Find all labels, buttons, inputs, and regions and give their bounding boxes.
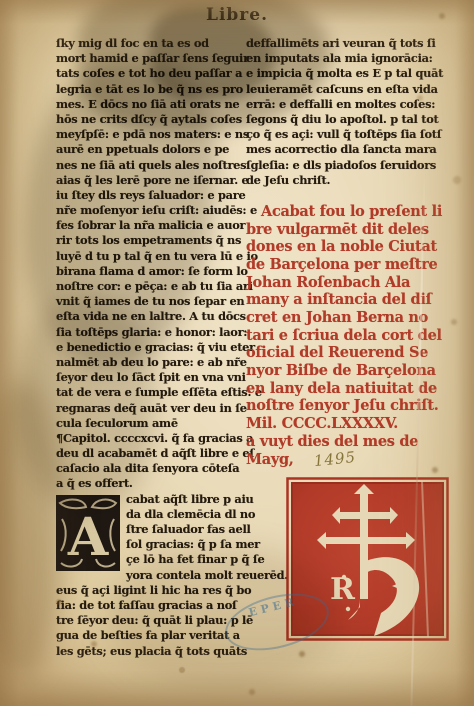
text-line: errā: e deffalli en moltes coſes: [246, 97, 448, 112]
text-line: cret en Johan Berna no [246, 309, 448, 327]
text-line: a q̃ es offert. [56, 476, 242, 491]
text-line: aias q̃ les lerē pore ne iſernar. e [56, 173, 242, 188]
initial-letter: A [67, 507, 109, 568]
red-colophon: Acabat fou lo preſent libre vulgarmēt di… [246, 203, 448, 468]
right-column-black-paragraph: deffallimēts ari veuran q̃ tots ſien imp… [246, 36, 448, 188]
text-line: ſegons q̃ diu lo apoſtol. p tal tot [246, 112, 448, 127]
text-line: aurē en ppetuals dolors e pe [56, 142, 242, 157]
text-line: iu ſtey dls reys ſaluador: e pare [56, 188, 242, 203]
page-title: Libre. [0, 5, 474, 25]
text-line: Mil. CCCC.LXXXXV. [246, 415, 448, 433]
text-line: nr̃e moſenyor ieſu criſt: aiudēs: e [56, 203, 242, 218]
text-line: en imputats ala mia ignorācia: [246, 51, 448, 66]
text-line: mes. E dōcs no ſiā ati orats ne [56, 97, 242, 112]
text-line: luyē d tu p tal q̃ en tu vera lū e io [56, 249, 242, 264]
text-line: tats coſes e tot ho deu paſſar a [56, 66, 242, 81]
text-line: birana flama d amor: ſe form lo [56, 264, 242, 279]
text-line: Johan Roſenbach Ala [246, 274, 448, 292]
text-line: e benedictio e gracias: q̃ viu eter [56, 340, 242, 355]
text-line: regnaras deq̃ auāt ver deu in ſe [56, 401, 242, 416]
text-line: deffallimēts ari veuran q̃ tots ſi [246, 36, 448, 51]
text-line: tat de vera e ſumple eſſēta eſtis: e [56, 385, 242, 400]
text-line: deu dl acabamēt d aq̃ſt libre e eſ [56, 446, 242, 461]
text-line: les gēts; eus placia q̃ tots quāts [56, 644, 242, 659]
text-line: ſia: de tot faſſau gracias a noſ [56, 598, 242, 613]
text-line: de Jeſu chriſt. [246, 173, 448, 188]
text-line: mes acorrectio dla ſancta mara [246, 142, 448, 157]
text-line: Acabat fou lo preſent li [246, 203, 448, 221]
text-line: e impicia q̃ molta es E p tal quāt [246, 66, 448, 81]
text-line: cula ſeculorum amē [56, 416, 242, 431]
stamp-text: EPER [247, 595, 299, 620]
woodcut-initial-a: A [56, 495, 120, 571]
colophon-last-line: Mayg, 1495 [246, 451, 448, 469]
text-line: ço q̃ es açi: vull q̃ toſtēps ſia ſotſ [246, 127, 448, 142]
text-line: vnit q̃ iames de tu nos ſepar en [56, 294, 242, 309]
incunable-page: Libre. ſky mig dl foc en ta es odmort ha… [0, 0, 474, 706]
text-line: de Barçelona per meſtre [246, 256, 448, 274]
handwritten-year: 1495 [314, 448, 358, 470]
text-line: tari e ſcriua dela cort del [246, 327, 448, 345]
text-line: ſia toſtēps glaria: e honor: laor: [56, 325, 242, 340]
text-line: eſta vida ne en laltre. A tu dōcs [56, 309, 242, 324]
text-line: many a inſtancia del diſ [246, 291, 448, 309]
left-column-upper-paragraphs: ſky mig dl foc en ta es odmort hamid e p… [56, 36, 242, 492]
text-line: bre vulgarmēt dit deles [246, 221, 448, 239]
text-line: ſeyor deu lo ſāct ſpit en vna vni [56, 370, 242, 385]
text-line: fes ſobrar la nr̃a malicia e auor [56, 218, 242, 233]
colophon-lines: Acabat fou lo preſent libre vulgarmēt di… [246, 203, 448, 451]
foxing-spots [0, 0, 4, 4]
text-line: meyſpſē: e pdā nos maters: e ns [56, 127, 242, 142]
text-line: rir tots los empetraments q̃ ns [56, 233, 242, 248]
text-line: mort hamid e paſſar ſens ſeguir [56, 51, 242, 66]
text-line: noſtre ſenyor Jeſu chriſt. [246, 397, 448, 415]
initial-paragraph: A cabat aq̃ſt libre p aiuda dla clemēcia… [56, 492, 242, 659]
text-line: hōs ne crits dſcy q̃ aytals coſes [56, 112, 242, 127]
text-line: oficial del Reuerend Se [246, 344, 448, 362]
text-line: ſky mig dl foc en ta es od [56, 36, 242, 51]
right-text-column: deffallimēts ari veuran q̃ tots ſien imp… [246, 36, 448, 468]
stain-blob [0, 380, 63, 680]
left-text-column: ſky mig dl foc en ta es odmort hamid e p… [56, 36, 242, 659]
text-line: eus q̃ açi ligint li hic ha res q̃ bo [56, 583, 242, 598]
text-line: nes ne ſiā ati quels ales noſtres [56, 158, 242, 173]
text-line: en lany dela natiuitat de [246, 380, 448, 398]
text-line: gua de beſties fa plar veritat a [56, 628, 242, 643]
text-line: tre ſēyor deu: q̃ quāt li plau: p lē [56, 613, 242, 628]
text-line: leuieramēt caſcuns en eſta vida [246, 82, 448, 97]
text-line: caſacio ala dita ſenyora cōteſa [56, 461, 242, 476]
text-line: ſgleſia: e dls piadoſos ſeruidors [246, 158, 448, 173]
colophon-last-word: Mayg, [246, 451, 294, 468]
text-line: dones en la noble Ciutat [246, 238, 448, 256]
text-line: nyor Biſbe de Barçelona [246, 362, 448, 380]
text-line: nalmēt ab deu lo pare: e ab nr̃e [56, 355, 242, 370]
text-line: ¶Capitol. ccccxcvi. q̃ fa gracias a [56, 431, 242, 446]
text-line: legria e tāt es lo be q̃ ns es pro [56, 82, 242, 97]
text-line: noſtre cor: e pēça: e ab tu ſia ari [56, 279, 242, 294]
